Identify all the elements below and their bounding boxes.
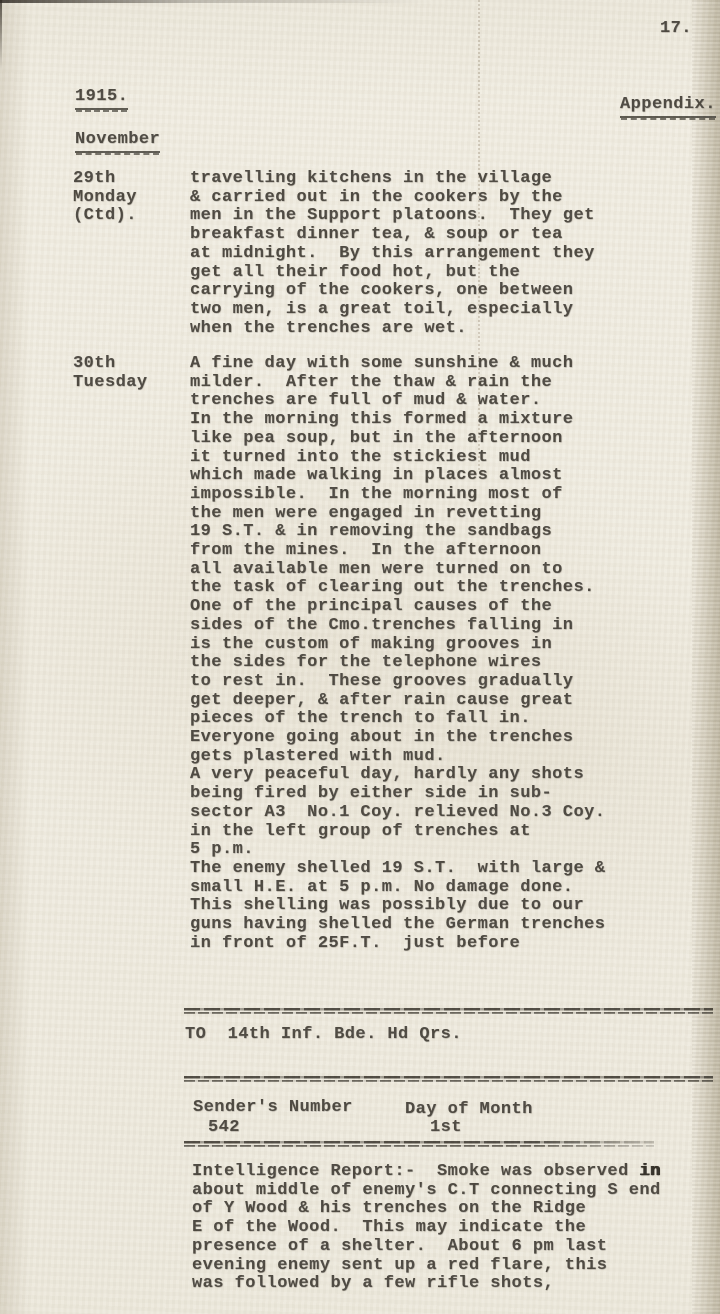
entry-text-line: This shelling was possibly due to our [190,897,605,916]
entry-date-line: (Ctd). [73,207,137,226]
entry-text-line: in the left group of trenches at [190,823,605,842]
entry-date-column: 29thMonday(Ctd). [73,170,137,226]
entry-body: travelling kitchens in the village& carr… [190,170,595,338]
intelligence-paragraph: Intelligence Report:- Smoke was observed… [192,1163,661,1294]
entry-text-line: the task of clearing out the trenches. [190,579,605,598]
entry-text-line: One of the principal causes of the [190,598,605,617]
entry-text-line: from the mines. In the afternoon [190,542,605,561]
intelligence-line: was followed by a few rifle shots, [192,1275,661,1294]
entry-text-line: like pea soup, but in the afternoon [190,430,605,449]
entry-text-line: sides of the Cmo.trenches falling in [190,617,605,636]
intelligence-line: E of the Wood. This may indicate the [192,1219,661,1238]
entry-text-line: 5 p.m. [190,841,605,860]
entry-text-line: A fine day with some sunshine & much [190,355,605,374]
entry-text-line: trenches are full of mud & water. [190,392,605,411]
entry-text-line: the men were engaged in revetting [190,505,605,524]
document-page: 17. 1915. Appendix. November 29thMonday(… [0,0,720,1314]
page-left-shading [0,0,30,1314]
entry-text-line: to rest in. These grooves gradually [190,673,605,692]
entry-date-line: 29th [73,170,137,189]
entry-text-line: 19 S.T. & in removing the sandbags [190,523,605,542]
month-heading: November [75,131,160,153]
intelligence-line: about middle of enemy's C.T connecting S… [192,1182,661,1201]
entry-date-column: 30thTuesday [73,355,148,392]
sender-number-value: 542 [208,1119,240,1138]
appendix-label-wrap: Appendix. [620,95,716,118]
overstruck-word: in [639,1162,660,1181]
typed-divider-bottom [184,1141,654,1147]
intelligence-line: of Y Wood & his trenches on the Ridge [192,1200,661,1219]
day-of-month-value: 1st [430,1119,462,1138]
entry-text-line: In the morning this formed a mixture [190,411,605,430]
entry-text-line: in front of 25F.T. just before [190,935,605,954]
sender-number-label: Sender's Number [193,1099,353,1118]
entry-body: A fine day with some sunshine & muchmild… [190,355,605,954]
entry-text-line: which made walking in places almost [190,467,605,486]
scan-edge-artifact-top [0,0,430,3]
entry-text-line: sector A3 No.1 Coy. relieved No.3 Coy. [190,804,605,823]
entry-text-line: carrying of the cookers, one between [190,282,595,301]
dispatch-to-line: TO 14th Inf. Bde. Hd Qrs. [185,1026,462,1045]
entry-text-line: guns having shelled the German trenches [190,916,605,935]
entry-date-line: 30th [73,355,148,374]
entry-text-line: it turned into the stickiest mud [190,449,605,468]
intelligence-lead: Intelligence Report:- Smoke was observed [192,1162,639,1181]
entry-text-line: get deeper, & after rain cause great [190,692,605,711]
intelligence-line: evening enemy sent up a red flare, this [192,1257,661,1276]
entry-date-line: Tuesday [73,374,148,393]
month-heading-wrap: November [75,130,160,153]
entry-text-line: the sides for the telephone wires [190,654,605,673]
entry-text-line: two men, is a great toil, especially [190,301,595,320]
entry-text-line: A very peaceful day, hardly any shots [190,766,605,785]
entry-text-line: impossible. In the morning most of [190,486,605,505]
entry-text-line: The enemy shelled 19 S.T. with large & [190,860,605,879]
entry-text-line: small H.E. at 5 p.m. No damage done. [190,879,605,898]
entry-text-line: breakfast dinner tea, & soup or tea [190,226,595,245]
page-number: 17. [660,20,692,39]
year-heading: 1915. [75,88,128,110]
entry-date-line: Monday [73,189,137,208]
entry-text-line: at midnight. By this arrangement they [190,245,595,264]
day-of-month-label: Day of Month [405,1101,533,1120]
intelligence-line: Intelligence Report:- Smoke was observed… [192,1163,661,1182]
entry-text-line: being fired by either side in sub- [190,785,605,804]
entry-text-line: is the custom of making grooves in [190,636,605,655]
entry-text-line: get all their food hot, but the [190,264,595,283]
typed-divider-top [184,1008,713,1014]
entry-text-line: milder. After the thaw & rain the [190,374,605,393]
year-heading-wrap: 1915. [75,87,128,110]
appendix-label: Appendix. [620,96,716,118]
entry-text-line: when the trenches are wet. [190,320,595,339]
entry-text-line: all available men were turned on to [190,561,605,580]
entry-text-line: men in the Support platoons. They get [190,207,595,226]
scan-edge-artifact-left [0,0,2,70]
typed-divider-middle [184,1076,713,1082]
intelligence-line: presence of a shelter. About 6 pm last [192,1238,661,1257]
entry-text-line: travelling kitchens in the village [190,170,595,189]
entry-text-line: Everyone going about in the trenches [190,729,605,748]
entry-text-line: pieces of the trench to fall in. [190,710,605,729]
intelligence-rest: about middle of enemy's C.T connecting S… [192,1182,661,1294]
entry-text-line: & carried out in the cookers by the [190,189,595,208]
page-edge-strip [692,0,720,1314]
entry-text-line: gets plastered with mud. [190,748,605,767]
